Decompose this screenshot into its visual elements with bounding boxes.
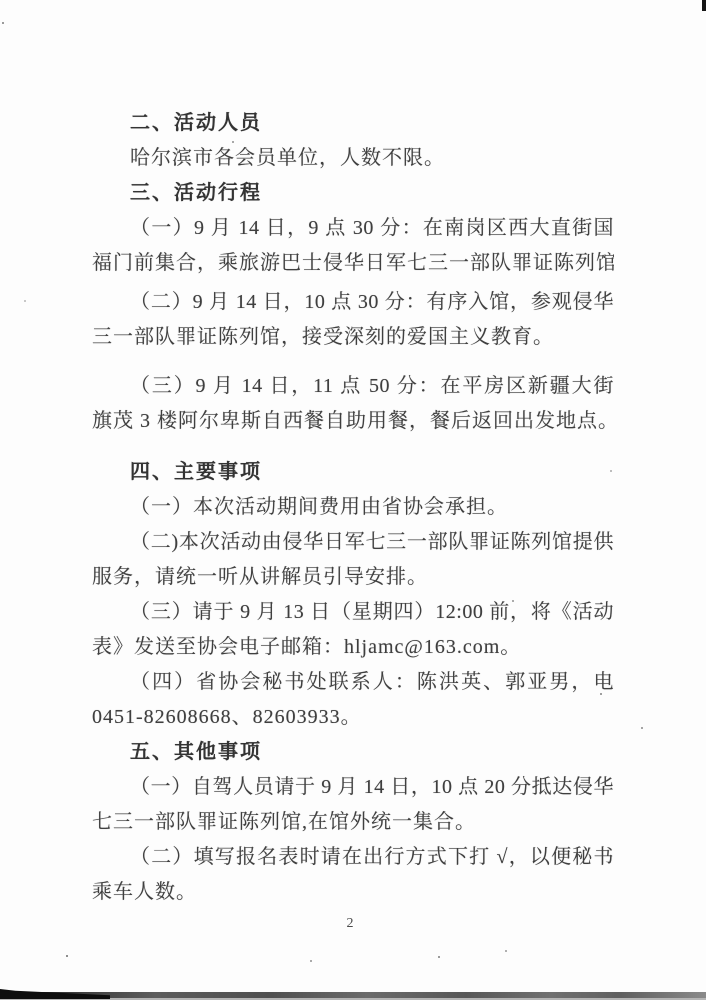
para-itinerary-2-line-1: （二）9 月 14 日，10 点 30 分：有序入馆，参观侵华日军七	[92, 285, 614, 320]
scan-noise-specks	[0, 0, 2, 2]
para-activity-personnel: 哈尔滨市各会员单位，人数不限。	[92, 141, 614, 176]
section-heading-other-matters: 五、其他事项	[92, 735, 614, 770]
section-heading-activity-personnel: 二、活动人员	[92, 106, 614, 141]
document-body: 二、活动人员 哈尔滨市各会员单位，人数不限。 三、活动行程 （一）9 月 14 …	[92, 106, 614, 910]
section-heading-activity-itinerary: 三、活动行程	[92, 176, 614, 211]
para-itinerary-3-line-1: （三）9 月 14 日，11 点 50 分：在平房区新疆大街 399 号红	[92, 369, 614, 404]
para-other-matters-1-line-1: （一）自驾人员请于 9 月 14 日，10 点 20 分抵达侵华日军	[92, 770, 614, 805]
para-itinerary-3-line-2: 旗茂 3 楼阿尔卑斯自西餐自助用餐，餐后返回出发地点。	[92, 404, 614, 439]
scanned-document-page: 二、活动人员 哈尔滨市各会员单位，人数不限。 三、活动行程 （一）9 月 14 …	[0, 0, 706, 1000]
para-other-matters-2-line-2: 乘车人数。	[92, 875, 614, 910]
scan-artifact-top-right	[702, 0, 706, 11]
para-itinerary-1-line-1: （一）9 月 14 日，9 点 30 分：在南岗区西大直街国展家乐	[92, 211, 614, 246]
page-number: 2	[0, 916, 700, 932]
para-itinerary-1-line-2: 福门前集合，乘旅游巴士侵华日军七三一部队罪证陈列馆。	[92, 246, 614, 281]
para-main-matters-3-line-1: （三）请于 9 月 13 日（星期四）12:00 前，将《活动报名	[92, 595, 614, 630]
para-main-matters-3-line-2: 表》发送至协会电子邮箱：hljamc@163.com。	[92, 630, 614, 665]
para-main-matters-4-line-1: （四）省协会秘书处联系人：陈洪英、郭亚男，电话：	[92, 665, 614, 700]
para-main-matters-4-line-2: 0451-82608668、82603933。	[92, 700, 614, 735]
para-other-matters-1-line-2: 七三一部队罪证陈列馆,在馆外统一集合。	[92, 805, 614, 840]
para-main-matters-2-line-2: 服务，请统一听从讲解员引导安排。	[92, 560, 614, 595]
para-other-matters-2-line-1: （二）填写报名表时请在出行方式下打 √，以便秘书处统计	[92, 840, 614, 875]
para-main-matters-2-line-1: （二)本次活动由侵华日军七三一部队罪证陈列馆提供讲解	[92, 525, 614, 560]
para-itinerary-2-line-2: 三一部队罪证陈列馆，接受深刻的爱国主义教育。	[92, 320, 614, 355]
section-heading-main-matters: 四、主要事项	[92, 455, 614, 490]
para-main-matters-1: （一）本次活动期间费用由省协会承担。	[92, 490, 614, 525]
